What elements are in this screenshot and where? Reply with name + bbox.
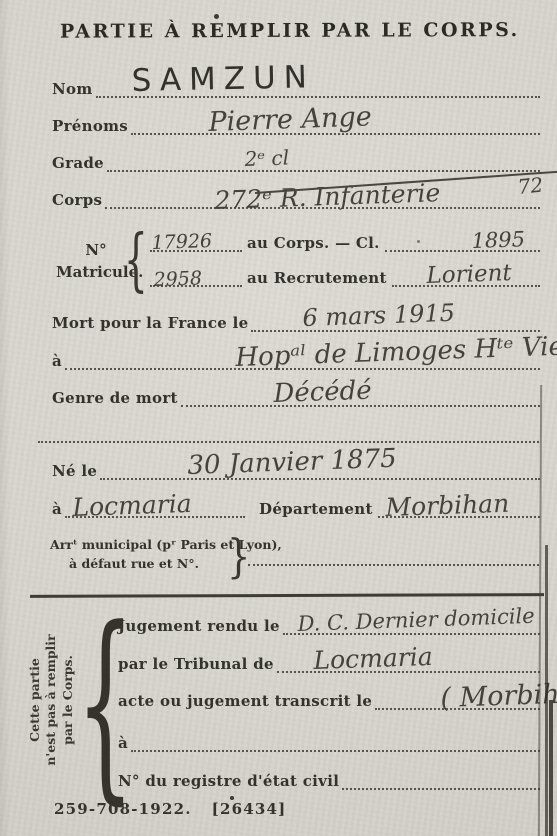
corps-line: 272ᵉ R. Infanterie 72 <box>105 206 540 209</box>
nom-line: SAMZUN <box>96 95 541 98</box>
nom-label: Nom <box>52 80 96 98</box>
genre-mort-value: Décédé <box>273 376 372 409</box>
sidebar-note-line3: par le Corps. <box>60 620 76 780</box>
corps-value: 272ᵉ R. Infanterie <box>214 178 441 215</box>
jugement-transcrit-value: ( Morbihan ) <box>440 677 557 714</box>
grade-label: Grade <box>52 154 107 172</box>
grade-line: 2ᵉ cl <box>107 169 540 172</box>
prenoms-label: Prénoms <box>52 117 131 135</box>
page-edge-corner <box>549 700 553 836</box>
field-registre: N° du registre d'état civil <box>118 754 540 790</box>
mort-line: 6 mars 1915 <box>251 329 540 332</box>
jugement-lieu-line <box>131 749 540 752</box>
field-matricule-recrutement: 2958 au Recrutement Lorient <box>150 251 540 287</box>
matricule-corps-suffix: au Corps. — Cl. <box>242 234 385 252</box>
jugement-rendu-label: Jugement rendu le <box>118 617 283 635</box>
naissance-lieu-line: Locmaria <box>65 515 245 518</box>
field-corps: Corps 272ᵉ R. Infanterie 72 <box>52 173 540 209</box>
jugement-rendu-value: D. C. Dernier domicile <box>297 604 535 636</box>
registre-line <box>342 787 540 790</box>
jugement-lieu-label: à <box>118 734 131 752</box>
sidebar-note-line2: n'est pas à remplir <box>43 620 59 780</box>
print-code: 259-708-1922.[26434] <box>54 800 306 818</box>
section-divider <box>38 440 539 443</box>
jugement-rendu-line: D. C. Dernier domicile <box>283 632 540 635</box>
mort-value: 6 mars 1915 <box>302 299 455 332</box>
arrondissement-label-line2: à défaut rue et N°. <box>50 555 218 574</box>
jugement-transcrit-label: acte ou jugement transcrit le <box>118 692 375 710</box>
matricule-recrutement-suffix: au Recrutement <box>242 269 392 287</box>
matricule-recrutement-place-line: Lorient <box>392 284 540 287</box>
mort-label: Mort pour la France le <box>52 314 251 332</box>
field-matricule-corps: 17926 au Corps. — Cl. 1895 <box>150 216 540 252</box>
field-jugement-lieu: à <box>118 716 540 752</box>
field-jugement-rendu: Jugement rendu le D. C. Dernier domicile <box>118 599 540 635</box>
jugement-tribunal-value: Locmaria <box>313 642 433 675</box>
field-mort-lieu: à Hopᵃˡ de Limoges Hᵗᵉ Vienne <box>52 334 540 370</box>
naissance-lieu-label: à <box>52 500 65 518</box>
naissance-lieu-value: Locmaria <box>72 489 192 522</box>
corps-overwrite-value: 72 <box>516 172 544 199</box>
field-jugement-tribunal: par le Tribunal de Locmaria <box>118 637 540 673</box>
jugement-tribunal-label: par le Tribunal de <box>118 655 277 673</box>
field-nom: Nom SAMZUN <box>52 62 540 98</box>
matricule-classe-value: 1895 <box>471 227 525 253</box>
corps-label: Corps <box>52 191 105 209</box>
print-code-number: 259-708-1922. <box>54 800 192 818</box>
mort-lieu-value: Hopᵃˡ de Limoges Hᵗᵉ Vienne <box>235 330 557 373</box>
naissance-line: 30 Janvier 1875 <box>100 477 540 480</box>
genre-mort-line: Décédé <box>181 404 540 407</box>
prenoms-value: Pierre Ange <box>208 101 372 138</box>
departement-label: Département <box>245 500 378 518</box>
arrondissement-label-line1: Arrᵗ municipal (pʳ Paris et Lyon), <box>50 536 218 555</box>
mort-lieu-label: à <box>52 352 65 370</box>
sidebar-note: Cette partie n'est pas à remplir par le … <box>27 620 77 780</box>
jugement-tribunal-line: Locmaria <box>277 670 540 673</box>
print-batch-number: [26434] <box>212 800 287 818</box>
arrondissement-brace: } <box>227 533 250 579</box>
field-grade: Grade 2ᵉ cl <box>52 136 540 172</box>
matricule-recrutement-line: 2958 <box>150 284 242 287</box>
sidebar-note-line1: Cette partie <box>27 620 43 780</box>
jugement-transcrit-line: ( Morbihan ) <box>375 707 540 710</box>
matricule-recrutement-place: Lorient <box>426 260 512 289</box>
naissance-value: 30 Janvier 1875 <box>187 444 397 481</box>
field-naissance-lieu: à Locmaria Département Morbihan <box>52 482 540 518</box>
field-prenoms: Prénoms Pierre Ange <box>52 99 540 135</box>
field-naissance: Né le 30 Janvier 1875 <box>52 444 540 480</box>
departement-line: Morbihan <box>378 515 540 518</box>
arrondissement-label: Arrᵗ municipal (pʳ Paris et Lyon), à déf… <box>50 536 218 574</box>
field-genre-mort: Genre de mort Décédé <box>52 371 540 407</box>
arrondissement-line <box>248 563 539 566</box>
matricule-recrutement-number: 2958 <box>153 267 202 291</box>
field-mort: Mort pour la France le 6 mars 1915 <box>52 296 540 332</box>
nom-value: SAMZUN <box>131 59 315 99</box>
ink-speck <box>214 14 219 19</box>
document-page: PARTIE À REMPLIR PAR LE CORPS. Nom SAMZU… <box>0 0 557 836</box>
matricule-brace: { <box>124 227 148 295</box>
page-title: PARTIE À REMPLIR PAR LE CORPS. <box>60 19 432 42</box>
field-jugement-transcrit: acte ou jugement transcrit le ( Morbihan… <box>118 674 540 710</box>
grade-value: 2ᵉ cl <box>244 145 289 171</box>
prenoms-line: Pierre Ange <box>131 132 540 135</box>
mort-lieu-line: Hopᵃˡ de Limoges Hᵗᵉ Vienne <box>65 367 540 370</box>
naissance-label: Né le <box>52 462 100 480</box>
departement-value: Morbihan <box>385 489 510 522</box>
registre-label: N° du registre d'état civil <box>118 772 342 790</box>
genre-mort-label: Genre de mort <box>52 389 181 407</box>
